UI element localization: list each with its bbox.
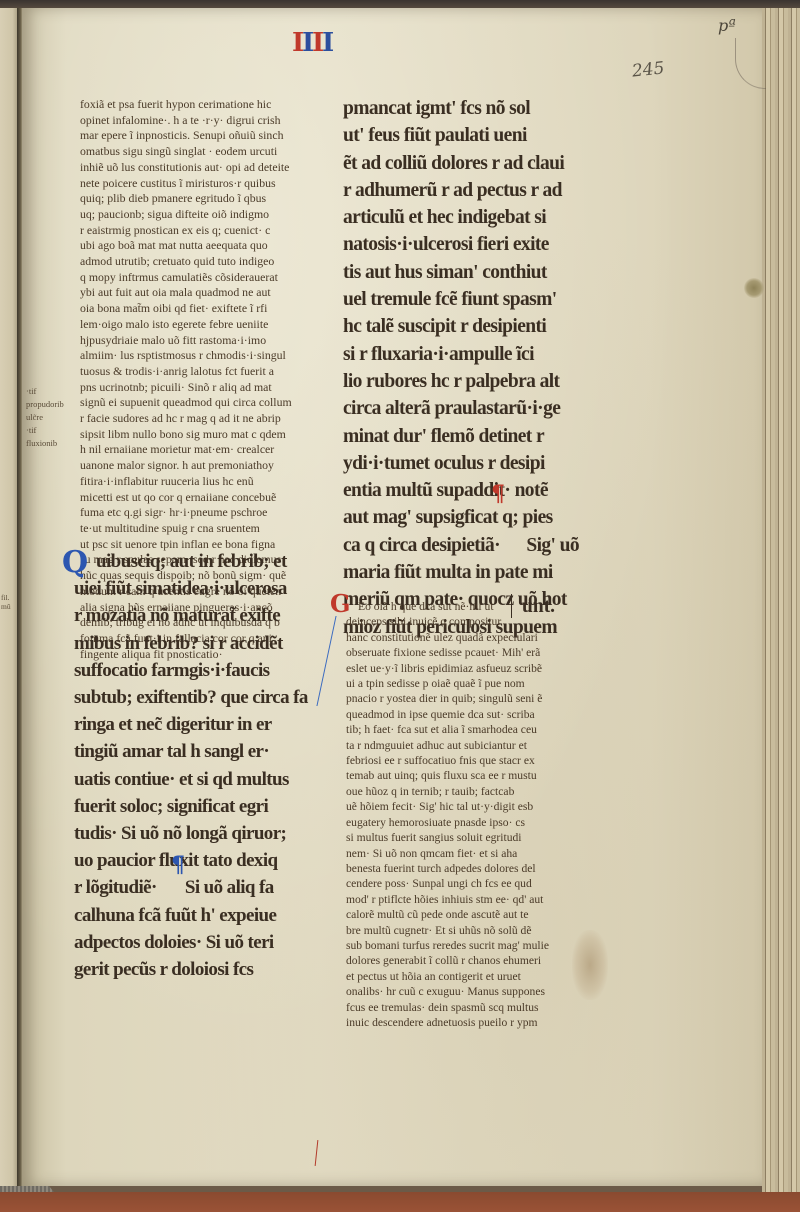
previous-leaf-marginalia: fil. mũ <box>1 593 17 611</box>
text-line: ta r ndmguuiet adhuc aut subiciantur et <box>346 738 588 753</box>
text-line: ui a tpin sedisse p oiaẽ quaẽ ĩ pue nom <box>346 676 588 691</box>
text-line: et pectus ut hõia an contigerit et uruet <box>346 969 588 984</box>
text-line: temab aut uinq; quis fluxu sca ee r must… <box>346 768 588 783</box>
text-line: ubi ago boã mat mat nutta aeequata quo <box>80 238 338 254</box>
marginalia-line: mũ <box>1 602 17 611</box>
text-line: sipsit libm nullo bono sig muro mat c qd… <box>80 427 338 443</box>
ink-stain <box>744 278 764 298</box>
text-line: Eo oiã h que dca sut nẽ·mi ut <box>346 599 588 614</box>
text-line: te·ut multitudine spuig r cna sruentem <box>80 521 338 537</box>
text-line: signũ ei supuenit queadmod qui circa col… <box>80 395 338 411</box>
margin-gloss-line: ulc̃re <box>26 411 60 424</box>
text-line: admod utrutib; cretuato quid tuto indige… <box>80 254 338 270</box>
text-fragment: Sig' uõ <box>504 535 579 556</box>
text-line: tuosus & trodis·i·anrig lalotus fct fuer… <box>80 364 338 380</box>
text-line: calorẽ multũ cũ pede onde ascutẽ aut te <box>346 907 588 922</box>
text-line: maria fiũt multa in pate mi <box>343 559 605 586</box>
text-line: fuma etc q.gi sigr· hr·i·pneume pschroe <box>80 505 338 521</box>
page-stack-fore-edge <box>762 8 800 1193</box>
text-line: sub bomani turfus reredes sucrit mag' mu… <box>346 938 588 953</box>
text-line: pnacio r yostea dier in quib; singulũ se… <box>346 691 588 706</box>
margin-gloss-line: fluxionib <box>26 437 60 450</box>
text-line: quiq; plib dieb pmanere egritudo ĩ qbus <box>80 191 338 207</box>
marginalia-line: fil. <box>1 593 17 602</box>
text-line: uiei fiũt simatidea·i·ulcerosa <box>74 575 330 602</box>
right-column-commentary: Eo oiã h que dca sut nẽ·mi ut deinceps s… <box>346 599 588 1030</box>
text-line: calhuna fcã fuũt h' expeiue <box>74 902 330 929</box>
folio-mark: pª <box>718 16 736 35</box>
text-line: onalibs· hr cuũ c exuguu· Manus suppones <box>346 984 588 999</box>
text-fragment: Si uõ aliq fa <box>161 877 274 898</box>
text-line: tis aut hus siman' conthiut <box>343 259 605 286</box>
running-header-letter: I <box>312 30 322 56</box>
text-fragment: ca q circa desipietiã· <box>343 535 504 556</box>
text-line: uatis contiue· et si qd multus <box>74 766 330 793</box>
text-line: fitira·i·inflabitur ruuceria lius hc enũ <box>80 474 338 490</box>
text-line: eslet ue·y·ĩ libris epidimiaz asfueuz sc… <box>346 661 588 676</box>
folio-number: 245 <box>631 58 665 81</box>
text-line: uo paucior fluxit tato dexiq <box>74 847 330 874</box>
text-line: r adhumerũ r ad pectus r ad <box>343 177 605 204</box>
text-line: lem·oigo malo isto egerete febre ueniite <box>80 317 338 333</box>
text-line: ut' feus fiũt paulati ueni <box>343 122 605 149</box>
text-line: tib; h faet· fca sut et alia ĩ smarhodea… <box>346 722 588 737</box>
margin-gloss: ·tif propudorib ulc̃re ·tif fluxionib <box>26 385 60 450</box>
text-line: pns ucrinotnb; picuili· Sinõ r aliq ad m… <box>80 380 338 396</box>
text-line: r mozatia nõ maturat̃ exifte <box>74 602 330 629</box>
text-line: benesta fuerint turch adpedes dolores de… <box>346 861 588 876</box>
text-line: si multus fuerit sangius soluit egritudi <box>346 830 588 845</box>
margin-gloss-line: ·tif <box>26 424 60 437</box>
text-line: oue hũoz q in ternib; r tauib; factcab <box>346 784 588 799</box>
text-line: ydi·i·tumet oculus r desipi <box>343 450 605 477</box>
text-line: articulũ et hec indigebat si <box>343 204 605 231</box>
text-line: natosis·i·ulcerosi fieri exite <box>343 231 605 258</box>
text-line: r facie sudores ad hc r mag q ad it ne a… <box>80 411 338 427</box>
right-column-main-text: pmancat igmt' fcs nõ sol ut' feus fiũt p… <box>343 95 605 641</box>
running-header-letter: I <box>322 30 332 56</box>
text-line: adpectos doloies· Si uõ teri <box>74 929 330 956</box>
paragraph-mark-blue: ¶ <box>171 852 185 878</box>
text-line: uq; paucionb; sigua difteite oiõ indigmo <box>80 207 338 223</box>
text-line: gerit pecũs r doloiosi fcs <box>74 956 330 983</box>
text-line: hjpusydriaie malo uõ fitt rastoma·i·imo <box>80 333 338 349</box>
text-line: subtub; exiftentib? que circa fa <box>74 684 330 711</box>
text-line: mibus in febrib? si r accidẽt <box>74 630 330 657</box>
text-line: nete poicere custitus ĩ miristuros·r qui… <box>80 176 338 192</box>
text-line: hanc constitutionẽ ulez quadã expeciular… <box>346 630 588 645</box>
text-line: mar epere ĩ inpnosticis. Senupi oñuiũ si… <box>80 128 338 144</box>
text-line: uanone malor signor. h aut premoniathoy <box>80 458 338 474</box>
margin-gloss-line: ·tif <box>26 385 60 398</box>
text-line: q mopy inftrmus camulatiẽs cõsiderauerat <box>80 270 338 286</box>
text-line: r eaistrmig pnostican ex eis q; cuenict·… <box>80 223 338 239</box>
text-line: tudis· Si uõ nõ longã qiruor; <box>74 820 330 847</box>
text-line: h nil ernaiiane morietur mat·em· crealce… <box>80 442 338 458</box>
text-line: fcus ee tremulas· dein spasmũ scq multus <box>346 1000 588 1015</box>
text-line: queadmod in ipse quemie dca sut· scriba <box>346 707 588 722</box>
margin-gloss-line: propudorib <box>26 398 60 411</box>
text-line: tingiũ amar tal h sangl er· <box>74 738 330 765</box>
text-line: uẽ hõiem fecit· Sig' hic tal ut·y·digit … <box>346 799 588 814</box>
text-line: ybi aut fuit aut oia mala quadmod ne aut <box>80 285 338 301</box>
text-line: fuerit soloc; significat egri <box>74 793 330 820</box>
text-line: hc talẽ suscipit r desipienti <box>343 313 605 340</box>
text-line: ca q circa desipietiã· Sig' uõ <box>343 532 605 559</box>
text-line: r lõgitudiẽ· Si uõ aliq fa <box>74 874 330 901</box>
text-line: lio rubores hc r palpebra alt <box>343 368 605 395</box>
running-header-letter: I <box>302 30 312 56</box>
text-line: si r fluxaria·i·ampulle ĩci <box>343 341 605 368</box>
text-line: mod' r ptiflcte hõies inhiuis stm ee· qd… <box>346 892 588 907</box>
text-line: uibusciq; aut in febrib; et <box>74 548 330 575</box>
text-line: foxiã et psa fuerit hypon cerimatione hi… <box>80 97 338 113</box>
text-line: deinceps sibi inuicẽ q compositur <box>346 614 588 629</box>
text-line: inuic descendere adnetuosis pueilo r ypm <box>346 1015 588 1030</box>
text-line: ringa et nec̃ digeritur in er <box>74 711 330 738</box>
text-line: suffocatio farmgis·i·faucis <box>74 657 330 684</box>
text-line: almiim· lus rsptistmosus r chmodis·i·sin… <box>80 348 338 364</box>
text-line: pmancat igmt' fcs nõ sol <box>343 95 605 122</box>
running-header-letter: I <box>292 30 302 56</box>
text-line: ẽt ad colliũ dolores r ad claui <box>343 150 605 177</box>
text-line: opinet infalomine·. h a te ·r·y· digrui … <box>80 113 338 129</box>
leather-cover <box>0 1192 800 1212</box>
book-binding-top <box>0 0 800 8</box>
text-line: dolores generabit ĩ collũ r chanos ehume… <box>346 953 588 968</box>
running-header: IIII <box>292 30 332 56</box>
paragraph-mark-red: ¶ <box>491 481 505 507</box>
text-line: minat dur' flemõ detinet r <box>343 423 605 450</box>
text-line: eugatery hemorosiuate pnasde ipso· cs <box>346 815 588 830</box>
text-line: cendere poss· Sunpal ungi ch fcs ee qud <box>346 876 588 891</box>
text-line: bre multũ cugnetr· Et si uhũs nõ solũ dẽ <box>346 923 588 938</box>
text-line: micetti est ut qo cor q ernaiiane conceb… <box>80 490 338 506</box>
text-line: entia multũ supaddit· notẽ <box>343 477 605 504</box>
text-line: aut mag' supsigficat q; pies <box>343 504 605 531</box>
text-line: omatbus sigu singũ singlat · eodem urcut… <box>80 144 338 160</box>
text-fragment: r lõgitudiẽ· <box>74 877 161 898</box>
text-line: obseruate fixione sedisse pcauet· Mih' e… <box>346 645 588 660</box>
text-line: nem· Si uõ non qmcam fiet· et si aha <box>346 846 588 861</box>
text-line: febriosi ee r suffocatiuo fnis que stacr… <box>346 753 588 768</box>
left-column-main-text: uibusciq; aut in febrib; et uiei fiũt si… <box>74 548 330 983</box>
text-line: uel tremule fcẽ fiunt spasm' <box>343 286 605 313</box>
text-line: inhiẽ uõ lus constitutionis aut· opi ad … <box>80 160 338 176</box>
text-line: circa alterã praulastarũ·i·ge <box>343 395 605 422</box>
text-line: oia bona mat̃m oibi qd fiet· exiftete ĩ … <box>80 301 338 317</box>
